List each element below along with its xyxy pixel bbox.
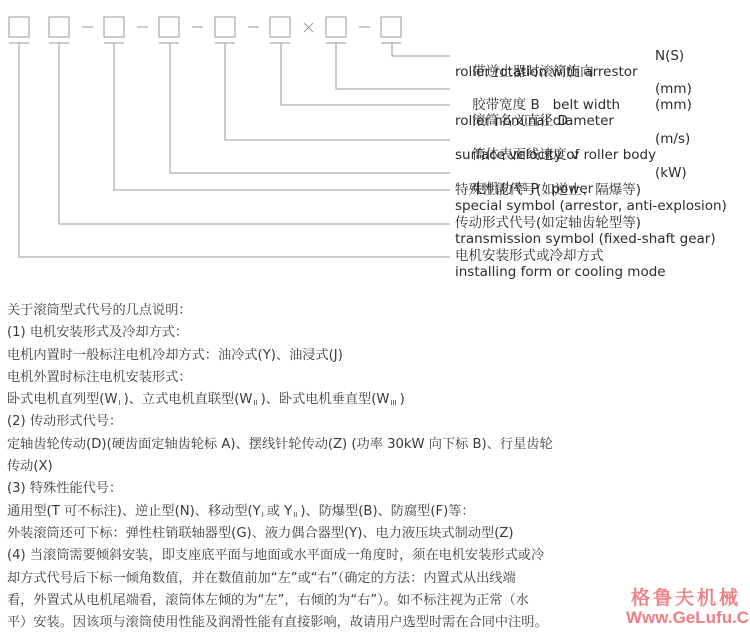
text-fragment: )、立式电机直联型(W	[124, 392, 253, 407]
subscript: II	[293, 511, 297, 519]
label-installing-form-en: installing form or cooling mode	[455, 264, 666, 280]
code-box-1	[9, 17, 29, 37]
code-box-7	[326, 17, 346, 37]
subscript: II	[253, 399, 257, 407]
section-3-line-1: 通用型(T 可不标注)、逆止型(N)、移动型(YI或 YII)、防爆型(B)、防…	[7, 501, 747, 523]
label-special-symbol: 特殊性能代号(如逆止、隔爆等)	[455, 182, 641, 198]
section-2-line-1: 定轴齿轮传动(D)(硬齿面定轴齿轮标 A)、摆线针轮传动(Z) (功率 30kW…	[7, 434, 747, 456]
section-1-line-2: 电机外置时标注电机安装形式：	[7, 367, 747, 389]
code-box-2	[49, 17, 69, 37]
notes-section: 关于滚筒型式代号的几点说明： (1) 电机安装形式及冷却方式： 电机内置时一般标…	[7, 300, 747, 632]
text-fragment: 卧式电机直列型(W	[7, 392, 118, 407]
watermark-url: Www.GeLufu.Com	[626, 608, 746, 628]
section-3-heading: (3) 特殊性能代号：	[7, 478, 747, 500]
text-fragment: 通用型(T 可不标注)、逆止型(N)、移动型(Y	[7, 504, 261, 519]
code-box-5	[215, 17, 235, 37]
section-2-line-2: 传动(X)	[7, 456, 747, 478]
watermark-brand: 格鲁夫机械	[626, 588, 746, 608]
code-box-4	[159, 17, 179, 37]
label-transmission-symbol: 传动形式代号(如定轴齿轮型等)	[455, 215, 641, 231]
section-4-line-1: (4) 当滚筒需要倾斜安装，即支座底平面与地面或水平面成一角度时，须在电机安装形…	[7, 545, 747, 567]
label-special-symbol-en: special symbol (arrestor, anti-explosion…	[455, 198, 727, 214]
label-transmission-symbol-en: transmission symbol (fixed-shaft gear)	[455, 231, 716, 247]
code-box-8	[381, 17, 401, 37]
subscript: I	[262, 511, 264, 519]
text-fragment: )、防爆型(B)、防腐型(F)等：	[300, 504, 474, 519]
subscript: III	[390, 399, 396, 407]
section-2-heading: (2) 传动形式代号：	[7, 411, 747, 433]
section-1-line-1: 电机内置时一般标注电机冷却方式：油冷式(Y)、油浸式(J)	[7, 345, 747, 367]
notes-title: 关于滚筒型式代号的几点说明：	[7, 300, 747, 322]
section-3-line-2: 外装滚筒还可下标：弹性柱销联轴器型(G)、液力偶合器型(Y)、电力液压块式制动型…	[7, 523, 747, 545]
text-fragment: )、卧式电机垂直型(W	[261, 392, 390, 407]
code-box-3	[104, 17, 124, 37]
section-1-heading: (1) 电机安装形式及冷却方式：	[7, 322, 747, 344]
subscript: I	[119, 399, 121, 407]
code-box-6	[270, 17, 290, 37]
label-unit: (kW)	[655, 165, 687, 181]
label-installing-form: 电机安装形式或冷却方式	[455, 248, 604, 264]
text-fragment: )	[400, 392, 405, 407]
label-unit: (mm)	[655, 97, 692, 113]
watermark: 格鲁夫机械 Www.GeLufu.Com	[626, 588, 746, 628]
model-code-diagram: 带逆止器时滚筒旋向 N(S) roller rotation with arre…	[0, 0, 750, 290]
label-nominal-diameter-en: roller nominal diameter	[455, 113, 614, 129]
label-unit: (mm)	[655, 81, 692, 97]
label-unit: (m/s)	[655, 131, 690, 147]
label-surface-velocity-en: surface velocity of roller body	[455, 147, 656, 163]
text-fragment: 或 Y	[267, 504, 292, 519]
label-unit: N(S)	[655, 48, 684, 64]
label-rotation-direction-en: roller rotation with arrestor	[455, 64, 638, 80]
section-1-line-3: 卧式电机直列型(WI)、立式电机直联型(WII)、卧式电机垂直型(WIII)	[7, 389, 747, 411]
